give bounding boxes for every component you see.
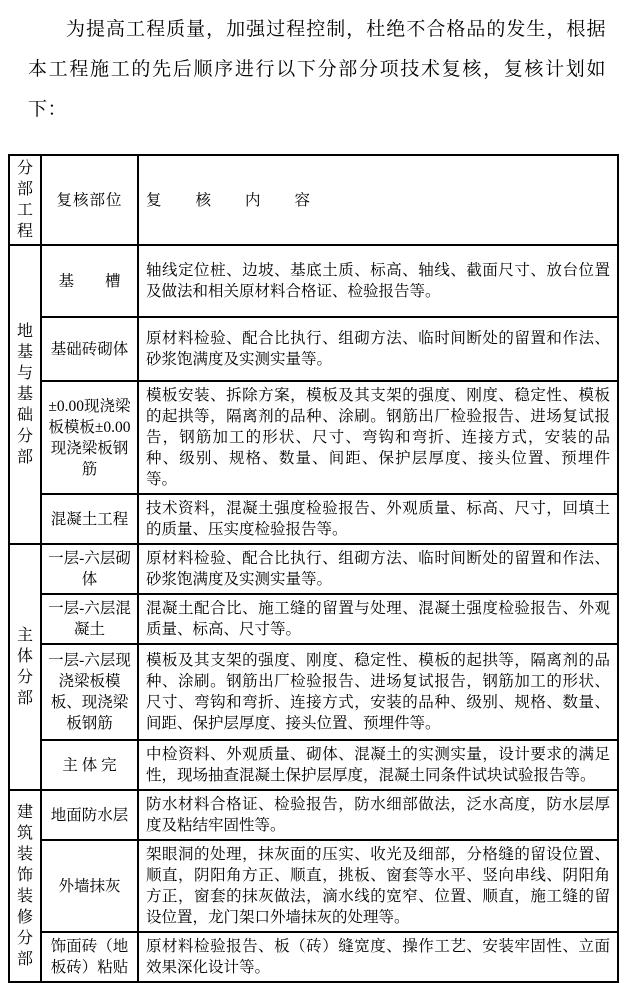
review-content-cell: 原材料检验、配合比执行、组砌方法、临时间断处的留置和作法、砂浆饱满度及实测实量等… <box>138 317 618 381</box>
header-part-cell: 复核部位 <box>41 155 138 245</box>
division-group-cell: 地基与基础分部 <box>9 245 41 544</box>
review-part-cell: 基础砖砌体 <box>41 317 138 381</box>
table-row: 主体分部 一层-六层砌体 原材料检验、配合比执行、组砌方法、临时间断处的留置和作… <box>9 544 618 594</box>
review-content-cell: 架眼洞的处理，抹灰面的压实、收光及细部，分格缝的留设位置、顺直，阴阳角方正、顺直… <box>138 840 618 932</box>
table-row: 主 体 完 中检资料、外观质量、砌体、混凝土的实测实量，设计要求的满足性，现场抽… <box>9 740 618 790</box>
review-part-cell: 外墙抹灰 <box>41 840 138 932</box>
table-row: 建筑装饰装修分部 地面防水层 防水材料合格证、检验报告，防水细部做法，泛水高度，… <box>9 790 618 840</box>
review-content-cell: 轴线定位桩、边坡、基底土质、标高、轴线、截面尺寸、放台位置及做法和相关原材料合格… <box>138 245 618 317</box>
division-group-cell: 主体分部 <box>9 544 41 790</box>
division-group-label: 地基与基础分部 <box>16 321 34 468</box>
division-group-cell: 建筑装饰装修分部 <box>9 790 41 982</box>
division-group-label: 建筑装饰装修分部 <box>16 802 34 970</box>
review-content-cell: 原材料检验报告、板（砖）缝宽度、操作工艺、安装牢固性、立面效果深化设计等。 <box>138 932 618 982</box>
review-content-cell: 模板安装、拆除方案，模板及其支架的强度、刚度、稳定性、模板的起拱等，隔离剂的品种… <box>138 381 618 494</box>
review-plan-table: 分部工程 复核部位 复 核 内 容 地基与基础分部 基 槽 轴线定位桩、边坡、基… <box>8 154 619 983</box>
review-part-cell: 混凝土工程 <box>41 494 138 544</box>
review-content-cell: 原材料检验、配合比执行、组砌方法、临时间断处的留置和作法、砂浆饱满度及实测实量等… <box>138 544 618 594</box>
intro-paragraph: 为提高工程质量，加强过程控制，杜绝不合格品的发生，根据本工程施工的先后顺序进行以… <box>28 10 606 130</box>
review-part-cell: 地面防水层 <box>41 790 138 840</box>
review-content-cell: 技术资料，混凝土强度检验报告、外观质量、标高、尺寸，回填土的质量、压实度检验报告… <box>138 494 618 544</box>
header-division-cell: 分部工程 <box>9 155 41 245</box>
table-row: 饰面砖（地板砖）粘贴 原材料检验报告、板（砖）缝宽度、操作工艺、安装牢固性、立面… <box>9 932 618 982</box>
table-row: 一层-六层现浇梁板模板、现浇梁板钢筋 模板及其支架的强度、刚度、稳定性、模板的起… <box>9 644 618 740</box>
header-division-label: 分部工程 <box>16 158 34 242</box>
table-row: 一层-六层混凝土 混凝土配合比、施工缝的留置与处理、混凝土强度检验报告、外观质量… <box>9 594 618 644</box>
review-part-cell: 主 体 完 <box>41 740 138 790</box>
table-header-row: 分部工程 复核部位 复 核 内 容 <box>9 155 618 245</box>
header-content-cell: 复 核 内 容 <box>138 155 618 245</box>
table-row: ±0.00现浇梁板模板±0.00现浇梁板钢筋 模板安装、拆除方案，模板及其支架的… <box>9 381 618 494</box>
review-content-cell: 防水材料合格证、检验报告，防水细部做法，泛水高度，防水层厚度及粘结牢固性等。 <box>138 790 618 840</box>
table-row: 混凝土工程 技术资料，混凝土强度检验报告、外观质量、标高、尺寸，回填土的质量、压… <box>9 494 618 544</box>
document-page: 为提高工程质量，加强过程控制，杜绝不合格品的发生，根据本工程施工的先后顺序进行以… <box>0 0 625 983</box>
review-part-cell: 一层-六层砌体 <box>41 544 138 594</box>
review-part-cell: 饰面砖（地板砖）粘贴 <box>41 932 138 982</box>
division-group-label: 主体分部 <box>16 625 34 709</box>
table-row: 外墙抹灰 架眼洞的处理，抹灰面的压实、收光及细部，分格缝的留设位置、顺直，阴阳角… <box>9 840 618 932</box>
table-row: 地基与基础分部 基 槽 轴线定位桩、边坡、基底土质、标高、轴线、截面尺寸、放台位… <box>9 245 618 317</box>
review-content-cell: 中检资料、外观质量、砌体、混凝土的实测实量，设计要求的满足性，现场抽查混凝土保护… <box>138 740 618 790</box>
table-row: 基础砖砌体 原材料检验、配合比执行、组砌方法、临时间断处的留置和作法、砂浆饱满度… <box>9 317 618 381</box>
review-part-cell: 基 槽 <box>41 245 138 317</box>
review-content-cell: 混凝土配合比、施工缝的留置与处理、混凝土强度检验报告、外观质量、标高、尺寸等。 <box>138 594 618 644</box>
review-part-cell: ±0.00现浇梁板模板±0.00现浇梁板钢筋 <box>41 381 138 494</box>
review-part-cell: 一层-六层混凝土 <box>41 594 138 644</box>
review-content-cell: 模板及其支架的强度、刚度、稳定性、模板的起拱等，隔离剂的品种、涂刷。钢筋出厂检验… <box>138 644 618 740</box>
review-part-cell: 一层-六层现浇梁板模板、现浇梁板钢筋 <box>41 644 138 740</box>
